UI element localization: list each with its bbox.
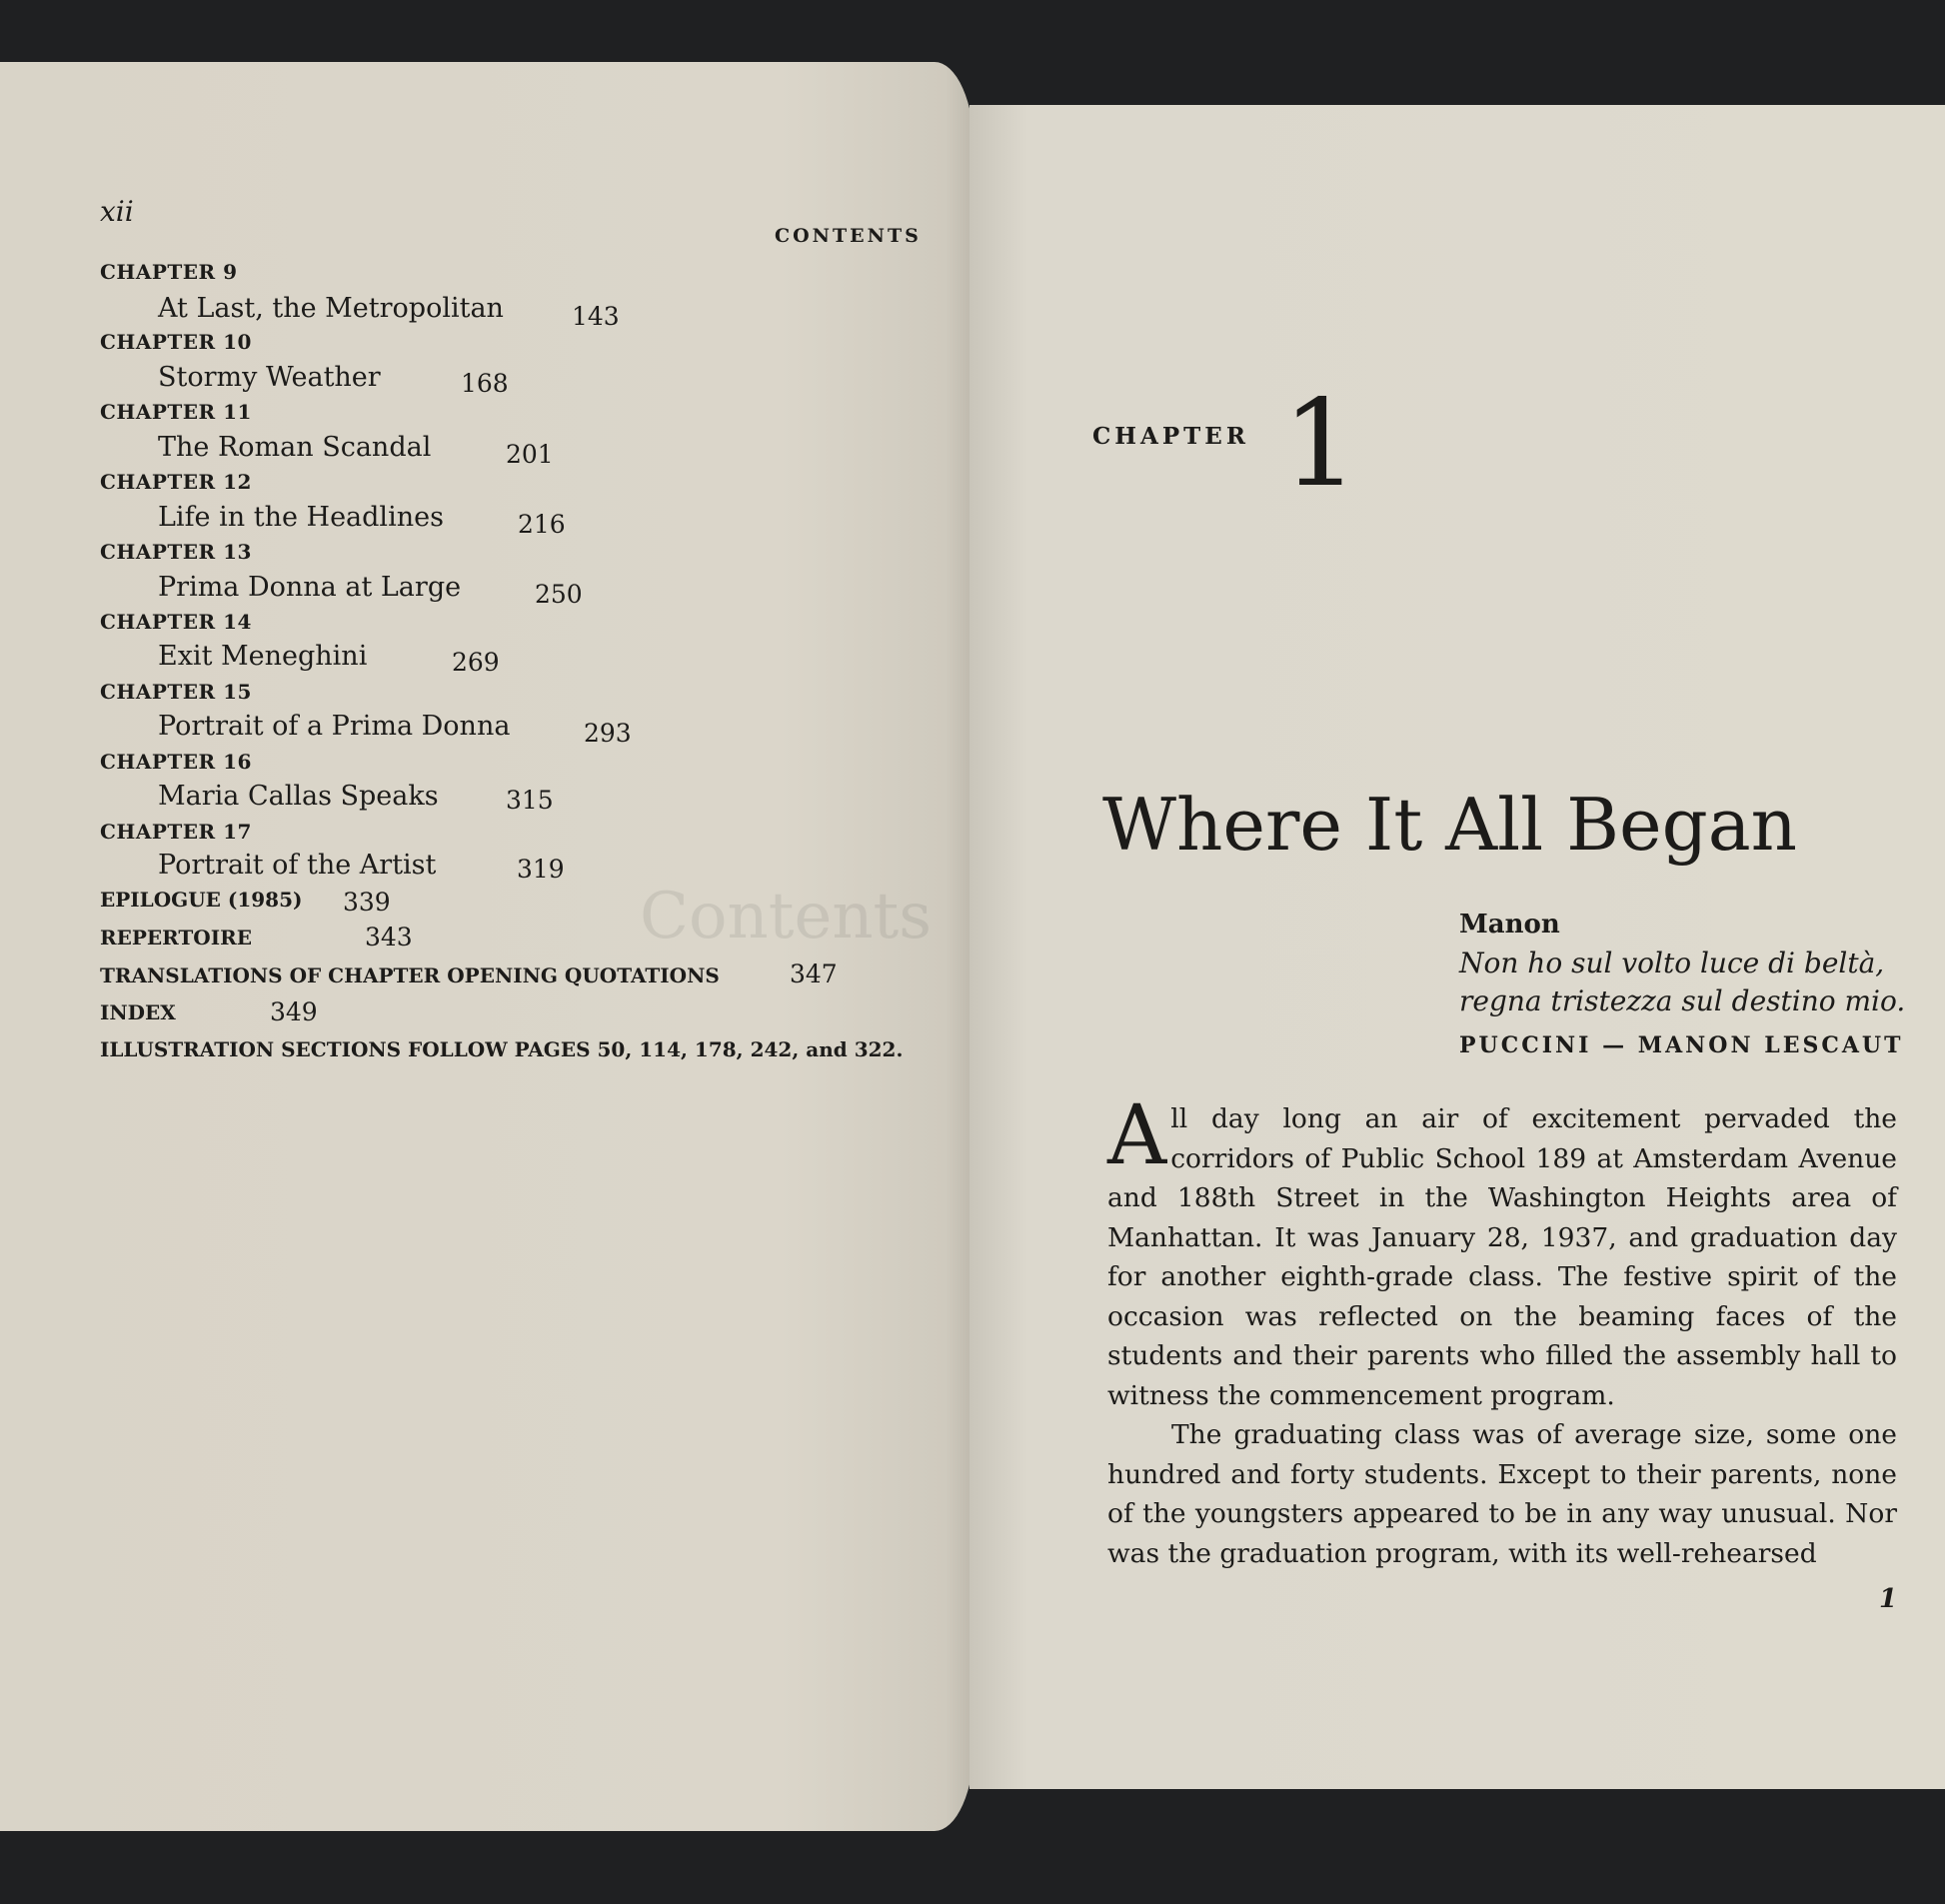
toc-entry-title: At Last, the Metropolitan: [158, 293, 504, 324]
toc-backmatter-page: 343: [365, 923, 413, 952]
toc-backmatter-page: 349: [270, 997, 318, 1026]
toc-entry-page: 168: [461, 369, 509, 398]
illustration-note: ILLUSTRATION SECTIONS FOLLOW PAGES 50, 1…: [100, 1037, 903, 1061]
epigraph-line: Non ho sul volto luce di beltà,: [1459, 947, 1884, 979]
chapter-label: CHAPTER: [1092, 423, 1249, 450]
paragraph: All day long an air of excitement pervad…: [1107, 1099, 1897, 1415]
chapter-body: All day long an air of excitement pervad…: [1107, 1099, 1897, 1573]
toc-chapter-label: CHAPTER 15: [100, 680, 252, 704]
toc-entry-page: 315: [506, 786, 554, 815]
toc-backmatter-title: REPERTOIRE: [100, 926, 252, 950]
toc-entry-title: Life in the Headlines: [158, 502, 444, 533]
toc-entry-title: Portrait of a Prima Donna: [158, 711, 510, 742]
toc-chapter-label: CHAPTER 16: [100, 750, 252, 774]
paragraph-text: ll day long an air of excitement pervade…: [1107, 1103, 1897, 1411]
toc-entry-title: Stormy Weather: [158, 362, 381, 393]
toc-entry-page: 293: [584, 719, 632, 748]
toc-backmatter-page: 339: [343, 888, 391, 917]
chapter-number: 1: [1282, 385, 1358, 505]
drop-cap: A: [1107, 1099, 1166, 1169]
epigraph-line: regna tristezza sul destino mio.: [1459, 984, 1905, 1017]
toc-backmatter-page: 347: [790, 959, 838, 988]
toc-chapter-label: CHAPTER 11: [100, 400, 252, 424]
toc-entry-title: Maria Callas Speaks: [158, 781, 439, 812]
toc-chapter-label: CHAPTER 14: [100, 610, 252, 634]
right-folio: 1: [1879, 1584, 1897, 1614]
toc-backmatter-title: INDEX: [100, 1000, 176, 1024]
toc-entry-page: 319: [517, 855, 565, 884]
toc-entry-title: Prima Donna at Large: [158, 572, 461, 603]
toc-entry-title: The Roman Scandal: [158, 432, 431, 463]
paragraph: The graduating class was of average size…: [1107, 1415, 1897, 1573]
bleed-through-title: Contents: [640, 880, 932, 953]
toc-entry-page: 250: [535, 580, 583, 609]
toc-chapter-label: CHAPTER 17: [100, 820, 252, 844]
toc-chapter-label: CHAPTER 12: [100, 470, 252, 494]
toc-entry-page: 143: [572, 302, 620, 331]
running-head: CONTENTS: [775, 225, 922, 247]
toc-backmatter-title: EPILOGUE (1985): [100, 888, 302, 912]
toc-entry-page: 201: [506, 440, 554, 469]
toc-entry-title: Exit Meneghini: [158, 641, 367, 672]
epigraph-attribution: PUCCINI — MANON LESCAUT: [1459, 1032, 1903, 1058]
toc-chapter-label: CHAPTER 10: [100, 330, 252, 354]
toc-entry-page: 216: [518, 510, 566, 539]
toc-backmatter-title: TRANSLATIONS OF CHAPTER OPENING QUOTATIO…: [100, 963, 720, 987]
toc-entry-title: Portrait of the Artist: [158, 850, 436, 881]
toc-chapter-label: CHAPTER 9: [100, 260, 238, 284]
toc-entry-page: 269: [452, 648, 500, 677]
toc-chapter-label: CHAPTER 13: [100, 540, 252, 564]
left-folio: xii: [100, 195, 134, 228]
epigraph-speaker: Manon: [1459, 910, 1560, 940]
chapter-title: Where It All Began: [1102, 783, 1797, 867]
